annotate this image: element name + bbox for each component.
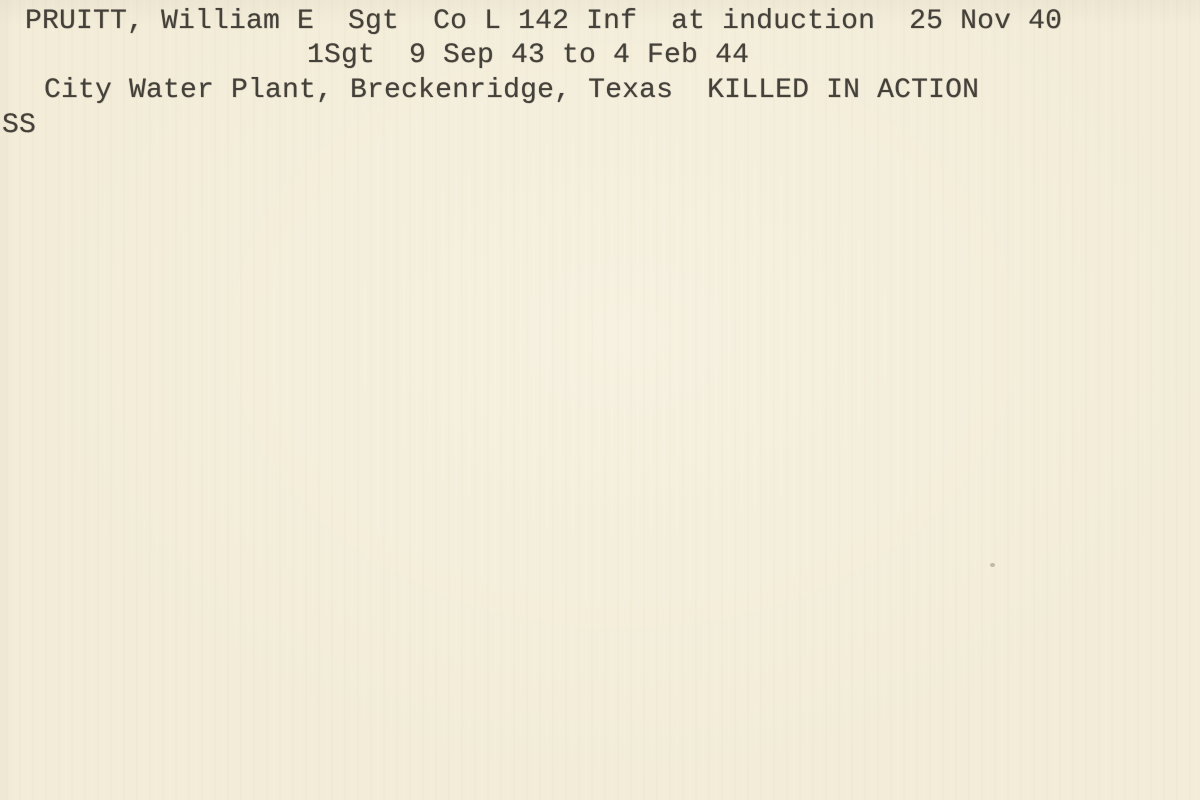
- typed-line-award-code: SS: [2, 111, 36, 141]
- typed-line-address-casualty-status: City Water Plant, Breckenridge, Texas KI…: [44, 76, 979, 106]
- paper-speck: [990, 563, 995, 567]
- typed-line-promotion-dates: 1Sgt 9 Sep 43 to 4 Feb 44: [307, 41, 749, 71]
- index-card-scan: PRUITT, William E Sgt Co L 142 Inf at in…: [0, 0, 1200, 800]
- typed-line-name-rank-unit-induction: PRUITT, William E Sgt Co L 142 Inf at in…: [25, 7, 1062, 37]
